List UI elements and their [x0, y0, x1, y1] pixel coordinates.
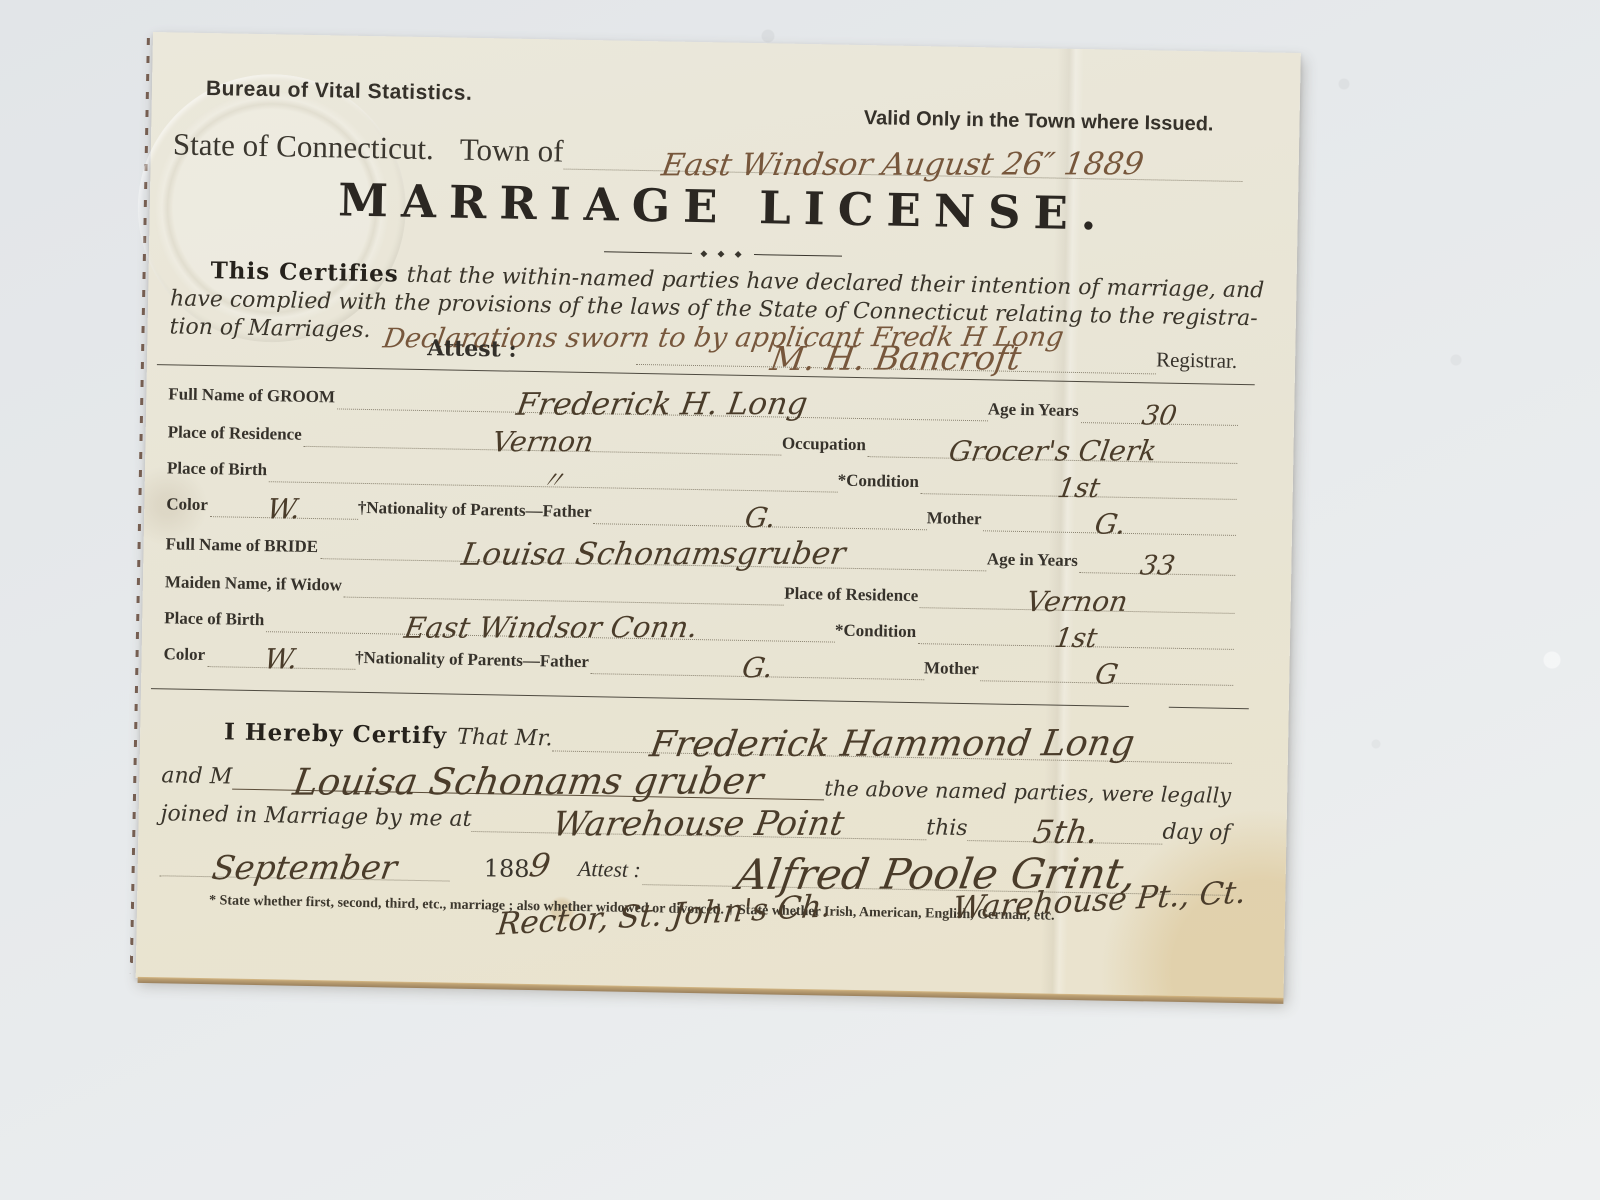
registrar-label: Registrar. — [1156, 347, 1240, 376]
groom-residence-handwriting: Vernon — [490, 428, 595, 456]
groom-name-handwriting: Frederick H. Long — [515, 389, 810, 421]
valid-only-notice: Valid Only in the Town where Issued. — [864, 107, 1214, 136]
town-date-handwriting: East Windsor August 26″ 1889 — [660, 149, 1146, 181]
registrar-signature: M. H. Bancroft — [769, 341, 1024, 375]
groom-birth-handwriting: 〃 — [539, 468, 567, 492]
year-handwriting: 9 — [527, 849, 552, 881]
groom-father-handwriting: G. — [743, 504, 778, 532]
groom-condition-handwriting: 1st — [1056, 475, 1102, 502]
officiant-place-handwriting: Warehouse Pt., Ct. — [951, 877, 1247, 924]
groom-mother-handwriting: G. — [1092, 511, 1127, 539]
town-of-label: Town of — [459, 132, 563, 170]
i-hereby-certify-lead: I Hereby Certify — [224, 718, 447, 749]
bride-age-handwriting: 33 — [1138, 552, 1177, 579]
bride-name-handwriting: Louisa Schonamsgruber — [459, 539, 847, 571]
marriage-license-document: Bureau of Vital Statistics. Valid Only i… — [136, 32, 1301, 999]
bride-father-handwriting: G. — [740, 654, 775, 682]
groom-age-handwriting: 30 — [1140, 403, 1179, 430]
attest-label-bottom: Attest : — [578, 856, 643, 885]
officiant-title-handwriting: Rector, St. John's Ch. — [495, 891, 832, 940]
year-printed: 188 — [483, 854, 529, 883]
section-rule-bottom-segment — [1169, 707, 1249, 709]
state-label: State of Connecticut. — [173, 126, 434, 167]
bride-color-handwriting: W. — [262, 645, 299, 673]
groom-occupation-handwriting: Grocer's Clerk — [947, 437, 1159, 465]
marriage-month-handwriting: September — [210, 851, 400, 884]
marriage-day-handwriting: 5th. — [1030, 816, 1099, 848]
this-certifies-lead: This Certifies — [210, 257, 399, 287]
bureau-heading: Bureau of Vital Statistics. — [206, 77, 473, 106]
bride-residence-handwriting: Vernon — [1025, 588, 1130, 616]
bride-condition-handwriting: 1st — [1053, 625, 1099, 652]
bride-birth-handwriting: East Windsor Conn. — [402, 613, 699, 643]
diamond-ornament-icon — [700, 248, 745, 260]
attest-label: Attest : — [427, 335, 517, 363]
groom-color-handwriting: W. — [265, 495, 302, 523]
bride-mother-handwriting: G — [1094, 661, 1121, 689]
